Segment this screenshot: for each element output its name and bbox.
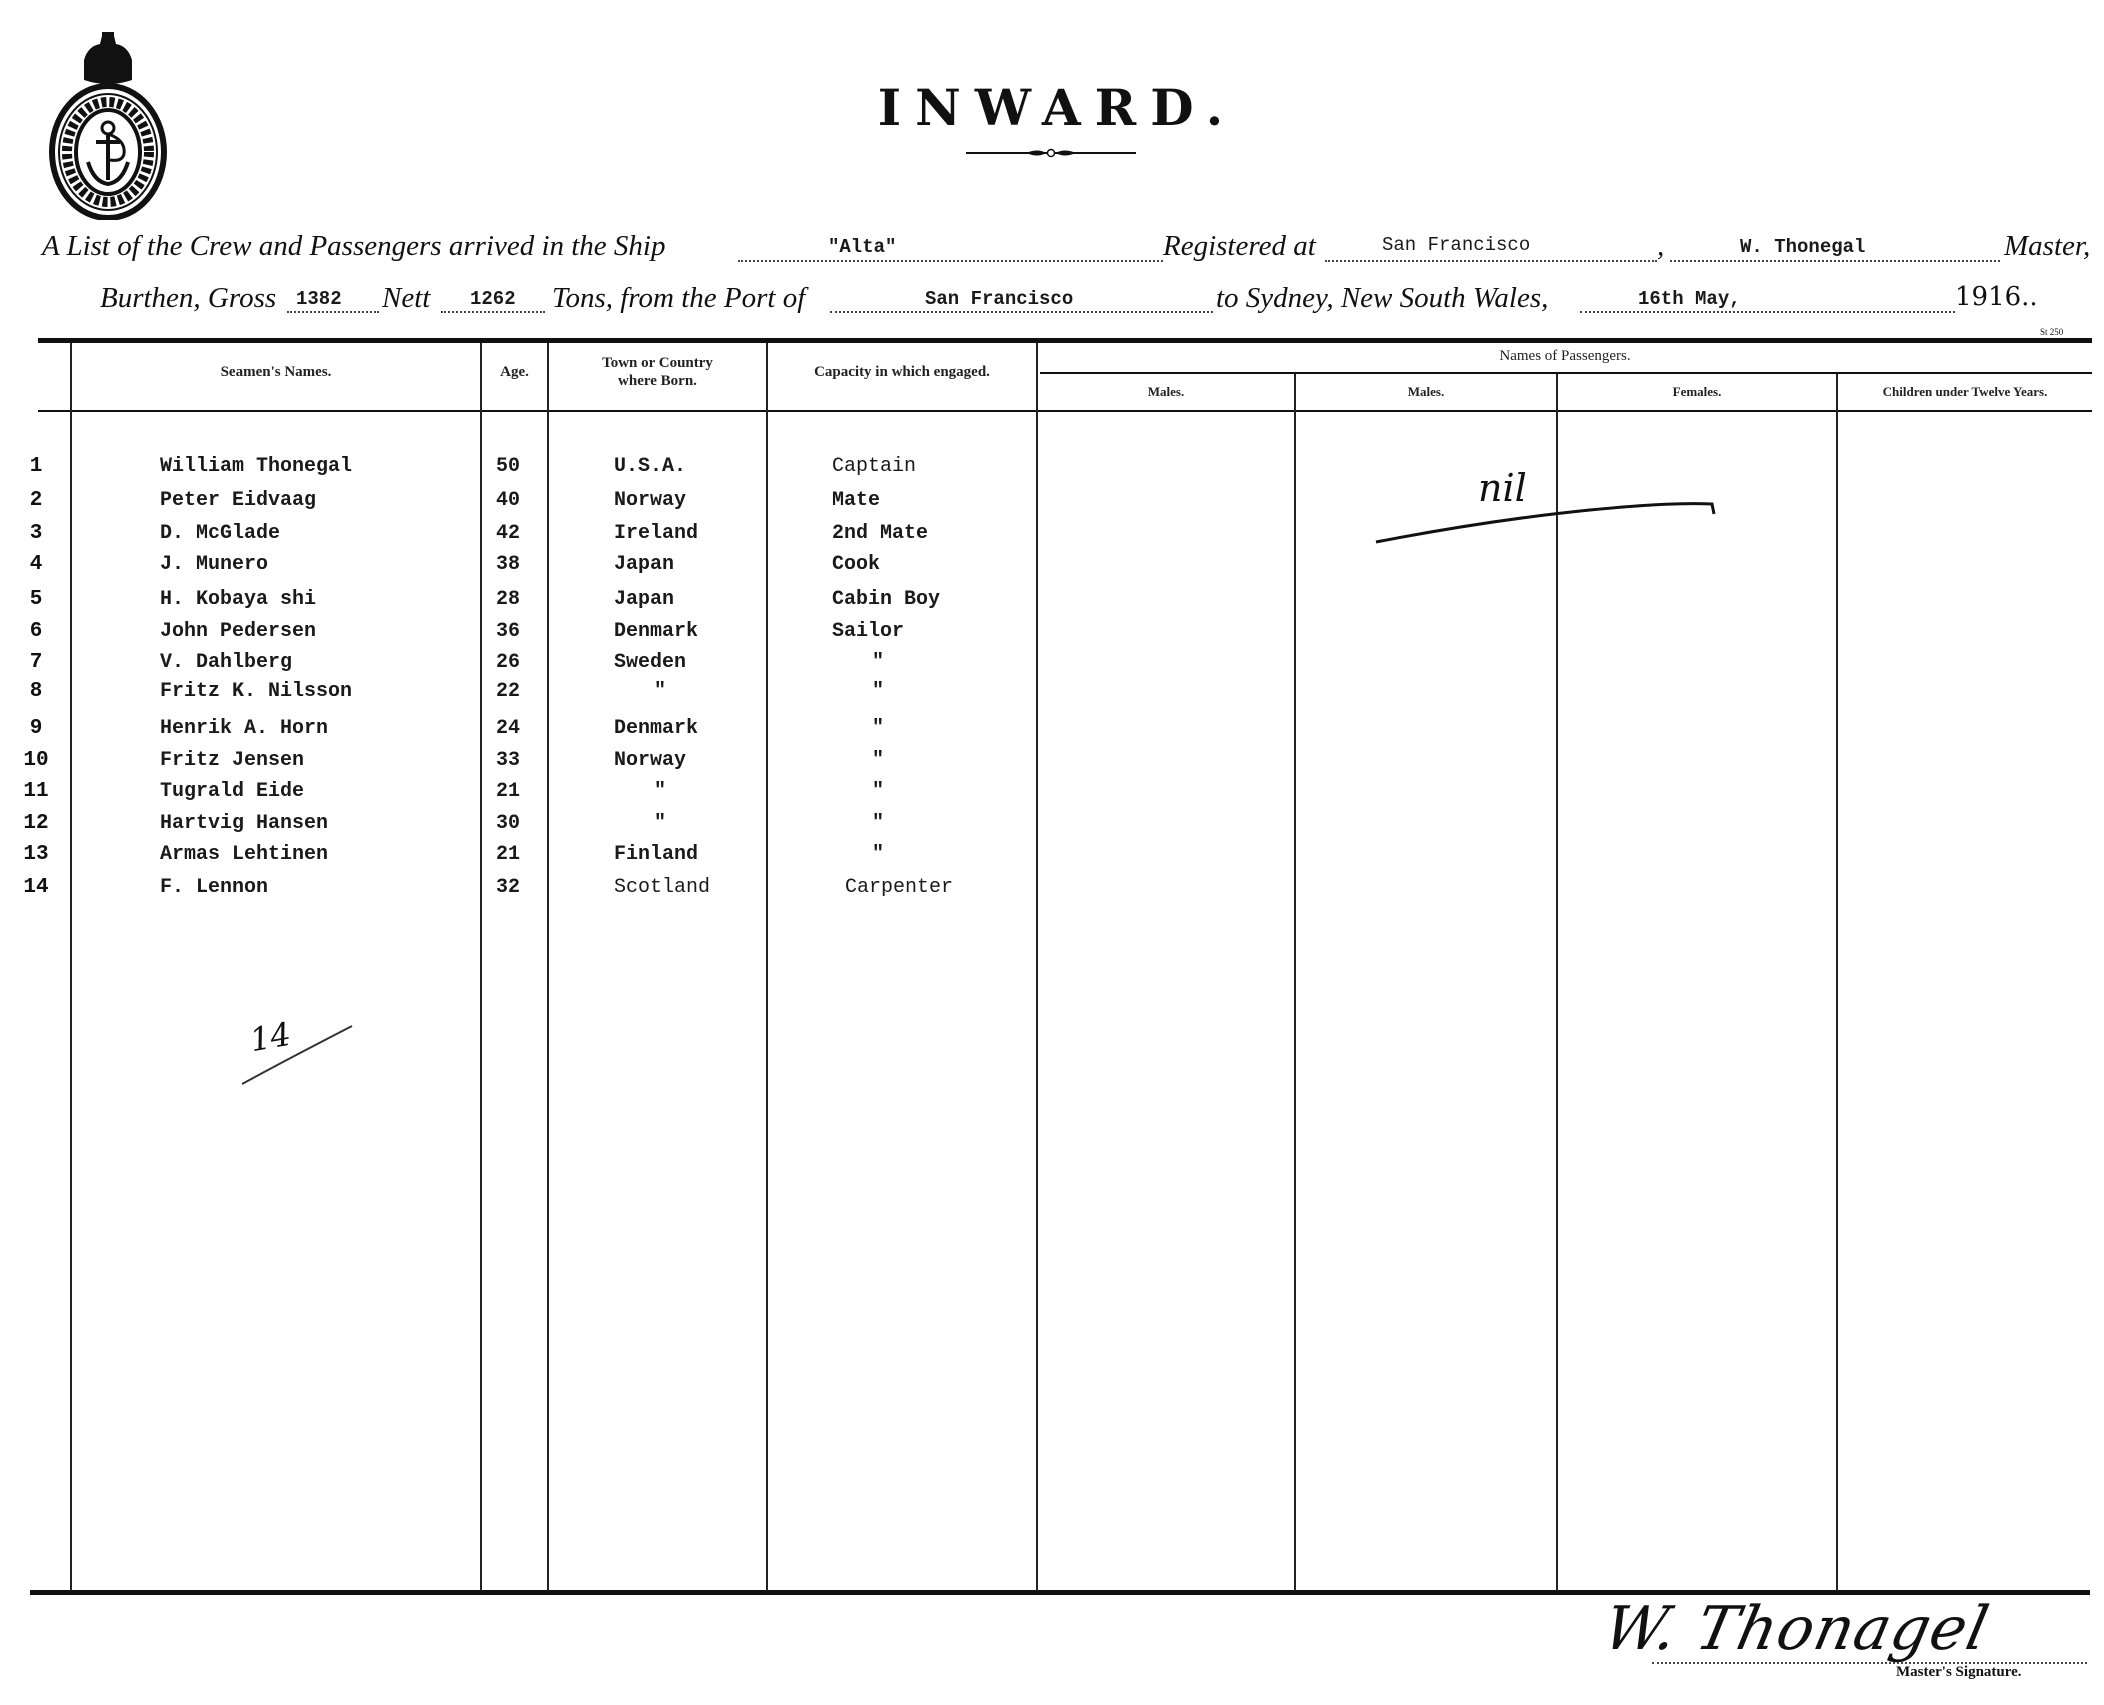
port-of-value: San Francisco <box>925 288 1073 310</box>
row-number: 6 <box>16 620 56 643</box>
passengers-subheader-rule <box>1040 372 2092 374</box>
seaman-capacity: " <box>872 812 884 835</box>
line1-prefix: A List of the Crew and Passengers arrive… <box>42 230 666 263</box>
crew-total-underline <box>236 1020 356 1090</box>
col-divider-capacity <box>1036 343 1038 1591</box>
seaman-born: Norway <box>614 749 686 772</box>
date-value: 16th May, <box>1638 288 1741 310</box>
seaman-age: 28 <box>496 588 520 611</box>
title-ornament-divider <box>966 146 1136 158</box>
header-names-of-passengers: Names of Passengers. <box>1038 348 2092 365</box>
row-number: 9 <box>16 717 56 740</box>
seaman-capacity: " <box>872 843 884 866</box>
seaman-born: Japan <box>614 588 674 611</box>
seaman-name: Fritz Jensen <box>160 749 304 772</box>
header-males-2: Males. <box>1296 384 1556 400</box>
seaman-age: 40 <box>496 489 520 512</box>
form-title: INWARD. <box>850 78 1265 137</box>
seaman-capacity: " <box>872 651 884 674</box>
seaman-name: John Pedersen <box>160 620 316 643</box>
gross-tonnage-value: 1382 <box>296 288 342 310</box>
row-number: 2 <box>16 489 56 512</box>
seaman-name: V. Dahlberg <box>160 651 292 674</box>
seaman-age: 22 <box>496 680 520 703</box>
nett-field-line <box>441 311 545 313</box>
seaman-capacity: " <box>872 749 884 772</box>
row-number: 7 <box>16 651 56 674</box>
header-born-line2: where Born. <box>549 372 766 390</box>
seaman-name: Henrik A. Horn <box>160 717 328 740</box>
master-signature: W. Thonagel <box>1598 1594 1996 1664</box>
col-divider-females <box>1836 374 1838 1591</box>
seaman-name: Tugrald Eide <box>160 780 304 803</box>
seaman-age: 21 <box>496 780 520 803</box>
table-top-rule <box>38 338 2092 343</box>
seaman-born: Denmark <box>614 717 698 740</box>
burthen-gross-label: Burthen, Gross <box>100 282 276 315</box>
col-divider-born <box>766 343 768 1591</box>
seaman-name: Armas Lehtinen <box>160 843 328 866</box>
seaman-capacity: Carpenter <box>845 876 953 899</box>
registered-at-value: San Francisco <box>1382 234 1530 256</box>
seaman-born: " <box>654 780 666 803</box>
col-divider-name <box>480 343 482 1591</box>
master-name-value: W. Thonegal <box>1740 236 1865 258</box>
row-number: 3 <box>16 522 56 545</box>
seaman-capacity: Cabin Boy <box>832 588 940 611</box>
seaman-born: Japan <box>614 553 674 576</box>
nett-label: Nett <box>382 282 430 315</box>
seaman-age: 24 <box>496 717 520 740</box>
row-number: 5 <box>16 588 56 611</box>
seaman-name: F. Lennon <box>160 876 268 899</box>
seaman-born: Ireland <box>614 522 698 545</box>
registered-at-field-line <box>1325 260 1657 262</box>
header-seamens-names: Seamen's Names. <box>72 364 480 381</box>
master-name-field-line <box>1670 260 2000 262</box>
col-divider-number <box>70 343 72 1591</box>
comma: , <box>1657 230 1664 263</box>
crown-anchor-emblem-icon <box>44 30 172 220</box>
nil-strike-line <box>1370 490 1720 550</box>
year-value: 1916.. <box>1955 282 2038 312</box>
seaman-name: H. Kobaya shi <box>160 588 316 611</box>
seaman-name: Peter Eidvaag <box>160 489 316 512</box>
master-signature-label: Master's Signature. <box>1896 1664 2022 1681</box>
row-number: 4 <box>16 553 56 576</box>
seaman-born: Scotland <box>614 876 710 899</box>
ship-name-value: "Alta" <box>828 236 896 258</box>
row-number: 1 <box>16 455 56 478</box>
row-number: 8 <box>16 680 56 703</box>
port-of-field-line <box>830 311 1213 313</box>
seaman-born: Finland <box>614 843 698 866</box>
to-sydney-label: to Sydney, New South Wales, <box>1216 282 1548 315</box>
gross-field-line <box>287 311 379 313</box>
row-number: 13 <box>16 843 56 866</box>
col-divider-males2 <box>1556 374 1558 1591</box>
seaman-age: 33 <box>496 749 520 772</box>
header-age: Age. <box>482 364 547 381</box>
col-divider-males1 <box>1294 374 1296 1591</box>
header-born-line1: Town or Country <box>549 354 766 372</box>
header-capacity: Capacity in which engaged. <box>768 364 1036 381</box>
seaman-name: J. Munero <box>160 553 268 576</box>
seaman-born: Denmark <box>614 620 698 643</box>
row-number: 14 <box>16 876 56 899</box>
row-number: 11 <box>16 780 56 803</box>
seaman-age: 30 <box>496 812 520 835</box>
row-number: 10 <box>16 749 56 772</box>
form-code: St 250 <box>2040 327 2063 337</box>
ship-name-field-line <box>738 260 1163 262</box>
seaman-capacity: Captain <box>832 455 916 478</box>
seaman-age: 38 <box>496 553 520 576</box>
seaman-age: 21 <box>496 843 520 866</box>
seaman-capacity: " <box>872 680 884 703</box>
seaman-capacity: " <box>872 780 884 803</box>
nett-tonnage-value: 1262 <box>470 288 516 310</box>
seaman-capacity: Sailor <box>832 620 904 643</box>
seaman-born: " <box>654 812 666 835</box>
seaman-age: 36 <box>496 620 520 643</box>
seaman-born: Sweden <box>614 651 686 674</box>
seaman-capacity: " <box>872 717 884 740</box>
master-label: Master, <box>2004 230 2090 263</box>
seaman-name: William Thonegal <box>160 455 352 478</box>
seaman-age: 26 <box>496 651 520 674</box>
row-number: 12 <box>16 812 56 835</box>
seaman-capacity: Mate <box>832 489 880 512</box>
header-males-1: Males. <box>1038 384 1294 400</box>
seaman-capacity: Cook <box>832 553 880 576</box>
seaman-age: 32 <box>496 876 520 899</box>
seaman-born: Norway <box>614 489 686 512</box>
header-born: Town or Country where Born. <box>549 354 766 390</box>
tons-from-port-label: Tons, from the Port of <box>552 282 805 315</box>
seaman-age: 42 <box>496 522 520 545</box>
date-field-line <box>1580 311 1955 313</box>
registered-at-label: Registered at <box>1163 230 1316 263</box>
seaman-name: D. McGlade <box>160 522 280 545</box>
header-children: Children under Twelve Years. <box>1838 384 2092 400</box>
seaman-capacity: 2nd Mate <box>832 522 928 545</box>
seaman-born: U.S.A. <box>614 455 686 478</box>
seaman-age: 50 <box>496 455 520 478</box>
seaman-name: Fritz K. Nilsson <box>160 680 352 703</box>
seaman-born: " <box>654 680 666 703</box>
header-females: Females. <box>1558 384 1836 400</box>
col-divider-age <box>547 343 549 1591</box>
header-bottom-rule <box>38 410 2092 412</box>
seaman-name: Hartvig Hansen <box>160 812 328 835</box>
